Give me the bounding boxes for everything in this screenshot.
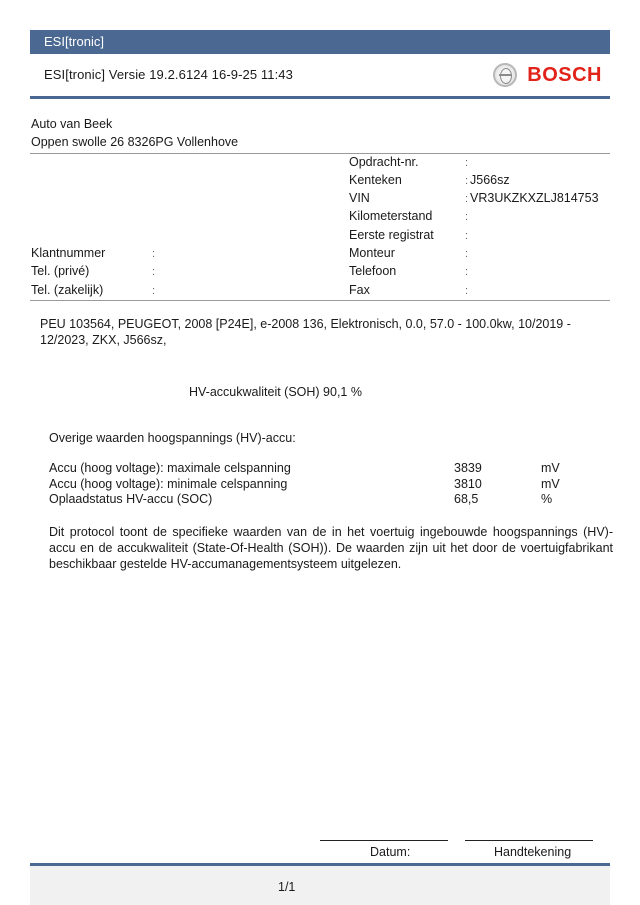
field-label: Klantnummer xyxy=(31,246,105,260)
date-label: Datum: xyxy=(370,845,410,859)
field-colon: : xyxy=(152,248,155,260)
field-colon: : xyxy=(465,266,468,278)
report-header: ESI[tronic] Versie 19.2.6124 16-9-25 11:… xyxy=(30,54,610,98)
field-label: Kilometerstand xyxy=(349,209,432,223)
field-colon: : xyxy=(465,230,468,242)
bosch-logo: BOSCH xyxy=(493,62,602,88)
value-unit: mV xyxy=(541,461,560,475)
protocol-note: Dit protocol toont de specifieke waarden… xyxy=(49,524,613,572)
date-signature-line xyxy=(320,840,448,841)
title-bar: ESI[tronic] xyxy=(30,30,610,54)
field-label: Tel. (privé) xyxy=(31,264,89,278)
value-number: 3810 xyxy=(454,477,482,491)
address-divider xyxy=(30,153,610,154)
field-colon: : xyxy=(465,248,468,260)
field-value: J566sz xyxy=(470,173,510,187)
handtekening-signature-line xyxy=(465,840,593,841)
version-line: ESI[tronic] Versie 19.2.6124 16-9-25 11:… xyxy=(44,67,293,82)
signature-label: Handtekening xyxy=(494,845,571,859)
field-colon: : xyxy=(152,266,155,278)
value-number: 68,5 xyxy=(454,492,478,506)
value-unit: mV xyxy=(541,477,560,491)
field-value: VR3UKZKXZLJ814753 xyxy=(470,191,599,205)
bosch-armature-icon xyxy=(493,63,517,87)
header-divider xyxy=(30,96,610,99)
other-values-heading: Overige waarden hoogspannings (HV)-accu: xyxy=(49,431,296,445)
field-label: Eerste registrat xyxy=(349,228,434,242)
value-number: 3839 xyxy=(454,461,482,475)
field-label: Fax xyxy=(349,283,370,297)
field-label: Tel. (zakelijk) xyxy=(31,283,103,297)
field-colon: : xyxy=(465,193,468,205)
field-label: VIN xyxy=(349,191,370,205)
field-label: Monteur xyxy=(349,246,395,260)
field-label: Opdracht-nr. xyxy=(349,155,418,169)
field-label: Telefoon xyxy=(349,264,396,278)
customer-address: Oppen swolle 26 8326PG Vollenhove xyxy=(31,135,238,149)
info-divider xyxy=(30,300,610,301)
vehicle-description: PEU 103564, PEUGEOT, 2008 [P24E], e-2008… xyxy=(40,316,612,348)
footer: 1/1 xyxy=(30,866,610,905)
field-colon: : xyxy=(465,175,468,187)
field-label: Kenteken xyxy=(349,173,402,187)
customer-company: Auto van Beek xyxy=(31,117,112,131)
value-unit: % xyxy=(541,492,552,506)
app-title: ESI[tronic] xyxy=(44,34,104,49)
field-colon: : xyxy=(465,285,468,297)
field-colon: : xyxy=(465,157,468,169)
field-colon: : xyxy=(152,285,155,297)
value-label: Accu (hoog voltage): minimale celspannin… xyxy=(49,477,287,491)
brand-name: BOSCH xyxy=(527,64,602,87)
value-label: Oplaadstatus HV-accu (SOC) xyxy=(49,492,212,506)
value-label: Accu (hoog voltage): maximale celspannin… xyxy=(49,461,291,475)
soh-value: HV-accukwaliteit (SOH) 90,1 % xyxy=(189,385,362,399)
page-number: 1/1 xyxy=(278,880,295,894)
field-colon: : xyxy=(465,211,468,223)
